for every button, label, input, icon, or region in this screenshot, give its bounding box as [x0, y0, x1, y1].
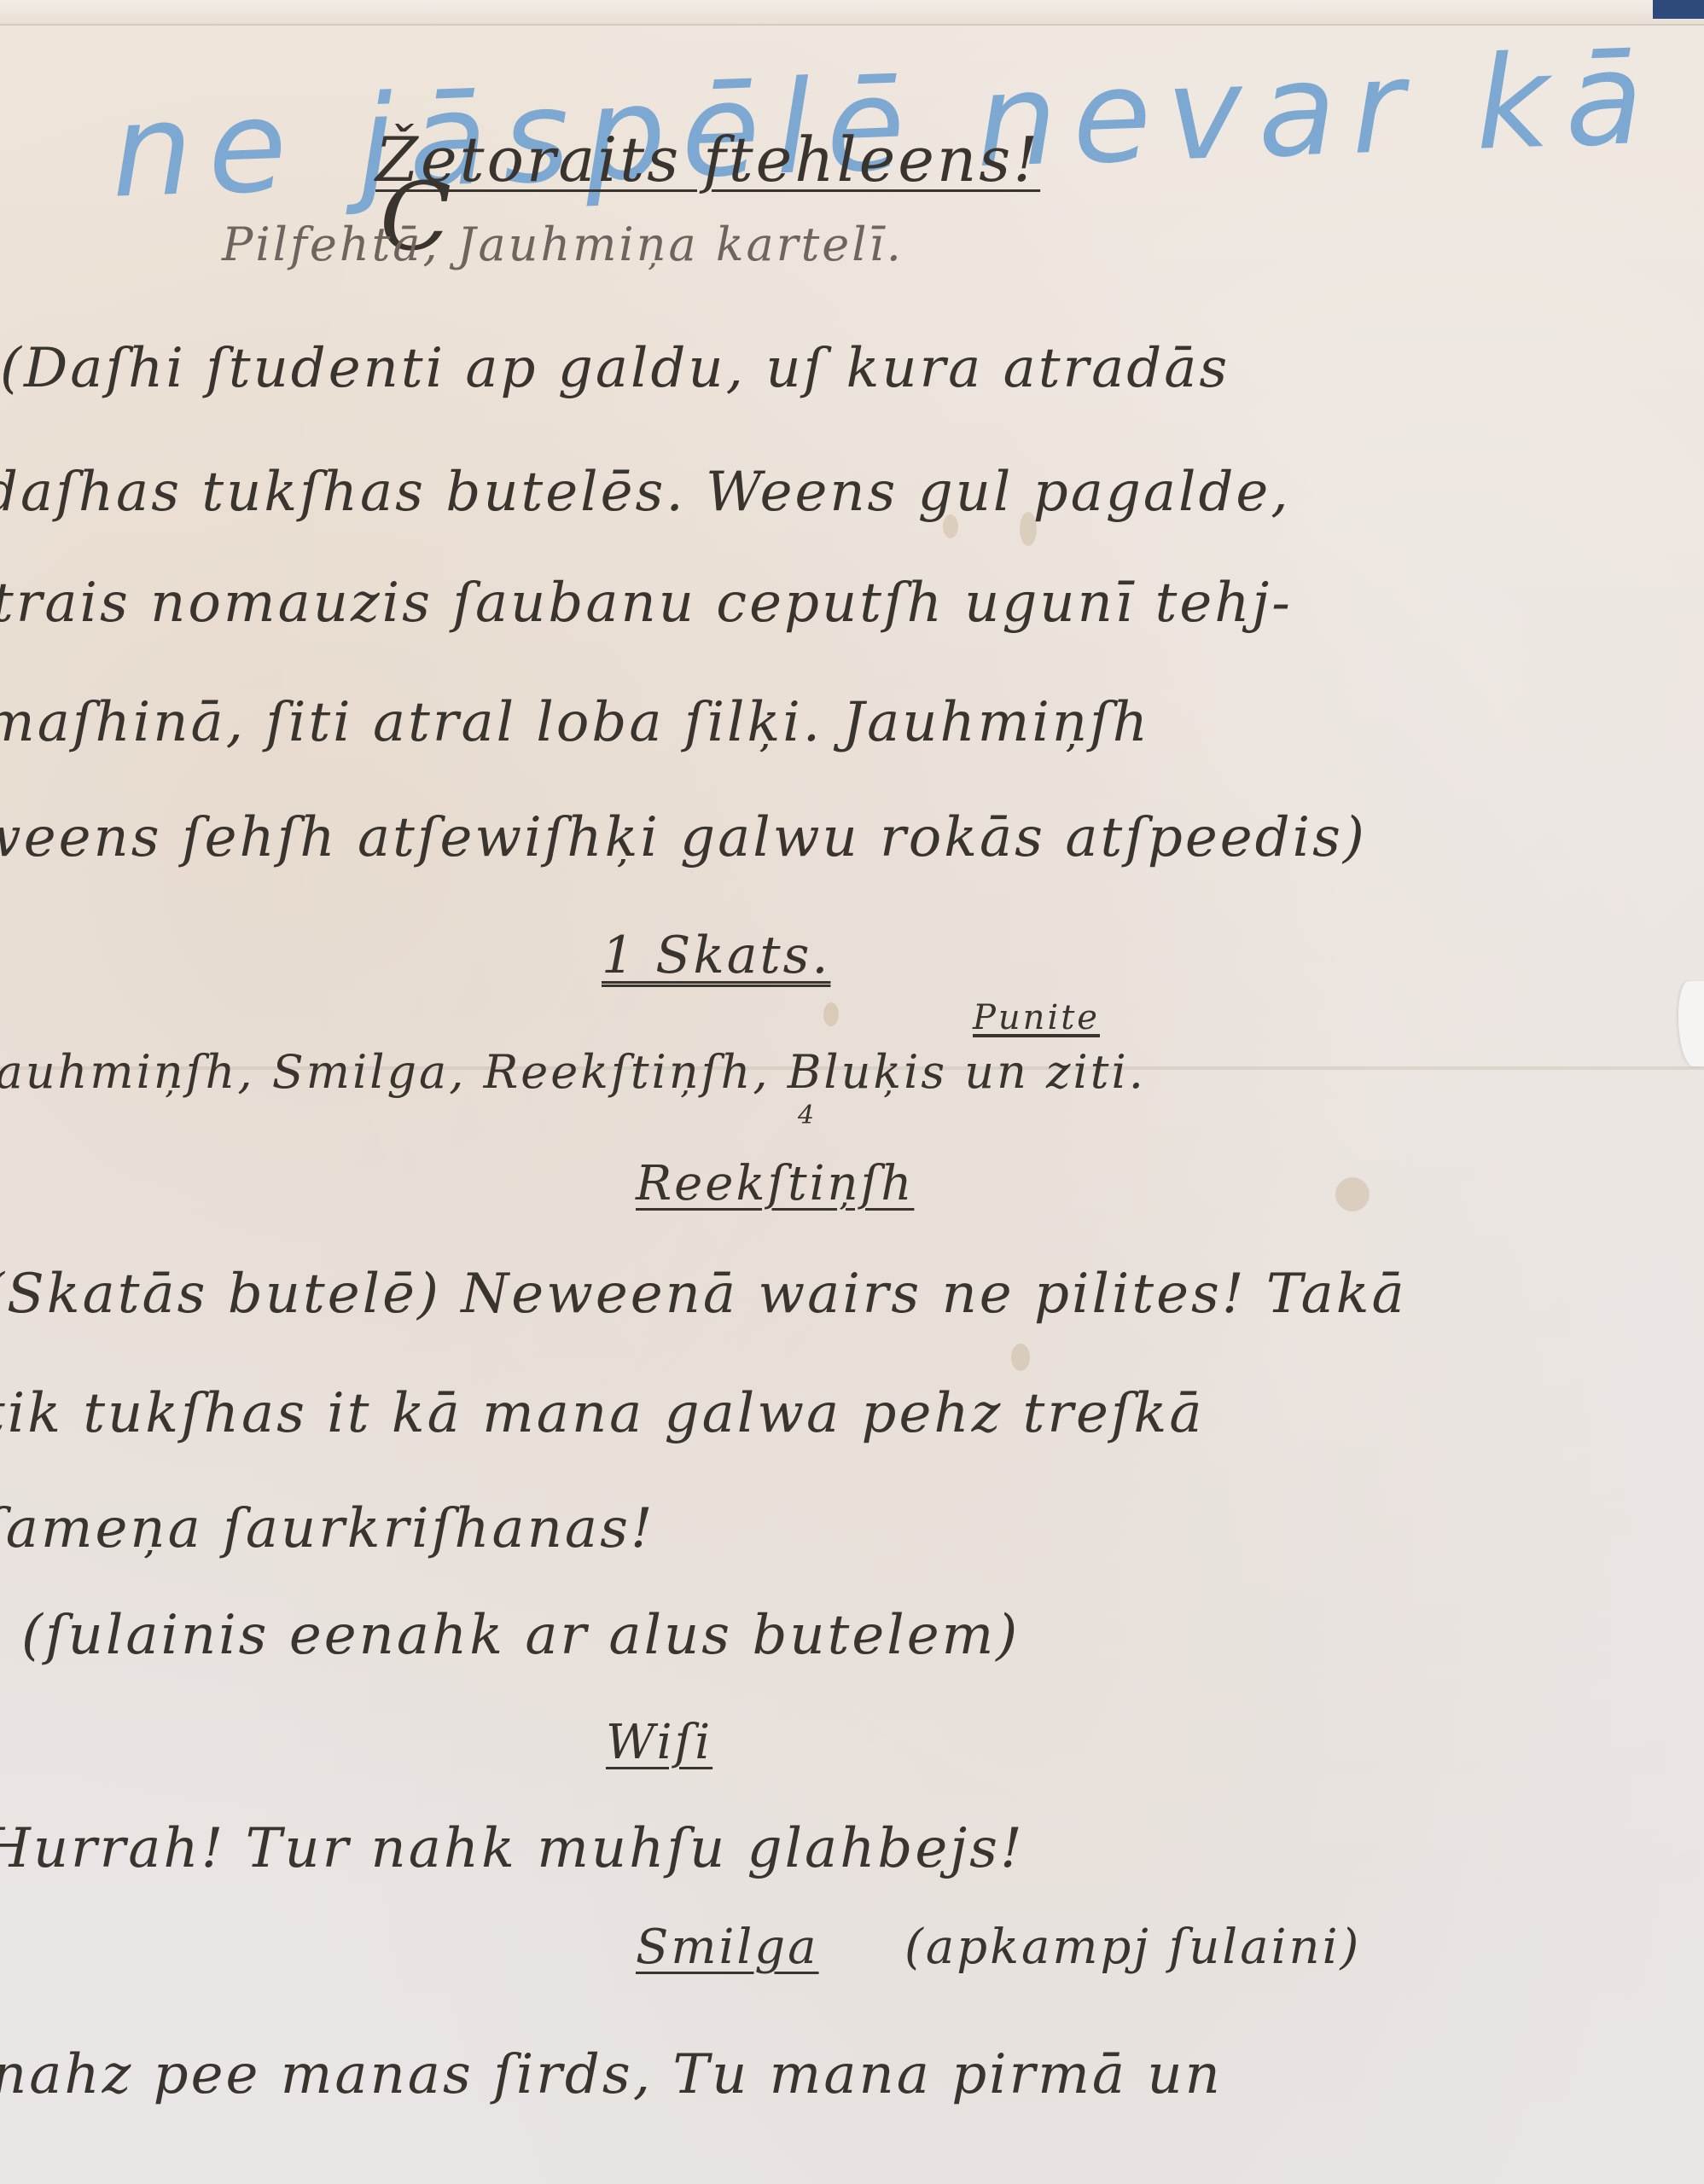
paper-top-edge — [0, 0, 1704, 26]
stage-direction-line: daſhas tukſhas butelēs. Weens gul pagald… — [0, 461, 1291, 524]
stage-direction-line: maſhinā, ſiti atral loba ſilķi. Jauhmiņſ… — [0, 691, 1150, 754]
characters-list: Jauhmiņſh, Smilga, Reekſtiņſh, Bluķis un… — [0, 1045, 1146, 1099]
stage-direction-line: (Daſhi ſtudenti ap galdu, uſ kura atradā… — [0, 337, 1230, 400]
page-title: Žetoraits ftehleens! — [375, 124, 1040, 195]
speaker-name: Reekſtiņſh — [636, 1156, 914, 1211]
ink-stain — [823, 1002, 839, 1026]
characters-subscript-mark: 4 — [798, 1101, 817, 1130]
ink-stain — [1011, 1344, 1030, 1371]
speaker-name: Smilga — [636, 1920, 819, 1975]
background-corner — [1653, 0, 1704, 19]
dialogue-line: (Skatās butelē) Neweenā wairs ne pilites… — [0, 1263, 1407, 1326]
paper-tear — [1678, 981, 1704, 1066]
scene-heading: 1 Skats. — [602, 926, 830, 985]
inserted-name-annotation: Punite — [973, 998, 1100, 1037]
speaker-name: Wiſi — [606, 1715, 712, 1770]
dialogue-line: tik tukſhas it kā mana galwa pehz treſkā — [0, 1382, 1204, 1445]
page-subtitle: Pilfehtā, Jauhmiņa kartelī. — [222, 218, 904, 271]
speaker-direction: (apkampj ſulaini) — [904, 1920, 1361, 1975]
dialogue-line: nahz pee manas ſirds, Tu mana pirmā un — [0, 2043, 1223, 2106]
stage-direction-line: trais nomauzis ſaubanu ceputſh ugunī teh… — [0, 572, 1293, 635]
dialogue-line: ſameņa ſaurkriſhanas! — [0, 1497, 655, 1560]
manuscript-page: ne jāspēlē nevar kā Žetoraits ftehleens!… — [0, 0, 1704, 2184]
ink-stain — [1335, 1177, 1370, 1211]
stage-direction: (ſulainis eenahk ar alus butelem) — [21, 1604, 1020, 1667]
dialogue-line: Hurrah! Tur nahk muhſu glahbejs! — [0, 1817, 1025, 1880]
stage-direction-line: weens ſehſh atſewiſhķi galwu rokās atſpe… — [0, 806, 1367, 869]
